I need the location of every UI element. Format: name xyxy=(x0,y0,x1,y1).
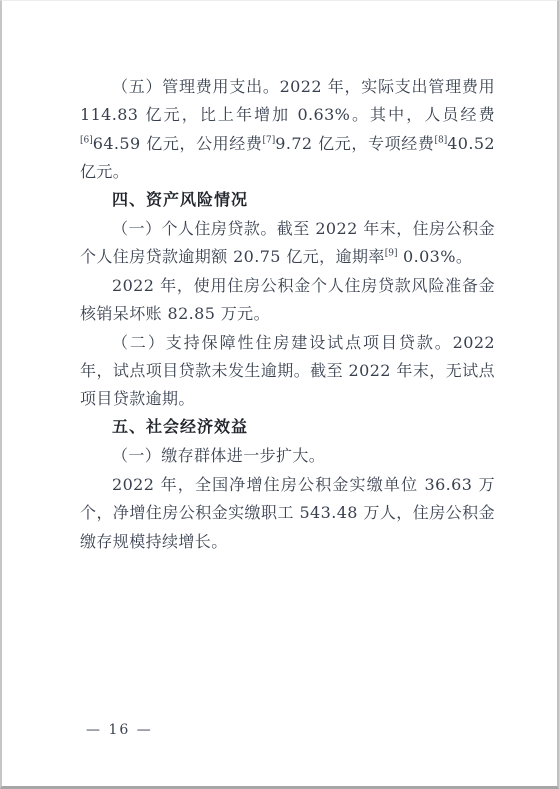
document-page: （五）管理费用支出。2022 年，实际支出管理费用 114.83 亿元，比上年增… xyxy=(0,0,559,789)
document-body: （五）管理费用支出。2022 年，实际支出管理费用 114.83 亿元，比上年增… xyxy=(2,1,557,556)
paragraph: （一）个人住房贷款。截至 2022 年末，住房公积金个人住房贷款逾期额 20.7… xyxy=(80,215,495,272)
paragraph: （一）缴存群体进一步扩大。 xyxy=(80,442,495,470)
paragraph: （五）管理费用支出。2022 年，实际支出管理费用 114.83 亿元，比上年增… xyxy=(80,73,495,187)
paragraph: （二）支持保障性住房建设试点项目贷款。2022 年，试点项目贷款未发生逾期。截至… xyxy=(80,329,495,414)
paragraph: 2022 年，使用住房公积金个人住房贷款风险准备金核销呆坏账 82.85 万元。 xyxy=(80,272,495,329)
section-heading: 五、社会经济效益 xyxy=(80,414,495,442)
footnote-ref: [7] xyxy=(263,135,276,145)
footnote-ref: [6] xyxy=(80,135,93,145)
paragraph: 2022 年，全国净增住房公积金实缴单位 36.63 万个，净增住房公积金实缴职… xyxy=(80,471,495,556)
section-heading: 四、资产风险情况 xyxy=(80,187,495,215)
footnote-ref: [9] xyxy=(385,249,398,259)
page-number: — 16 — xyxy=(86,721,153,739)
footnote-ref: [8] xyxy=(434,135,447,145)
